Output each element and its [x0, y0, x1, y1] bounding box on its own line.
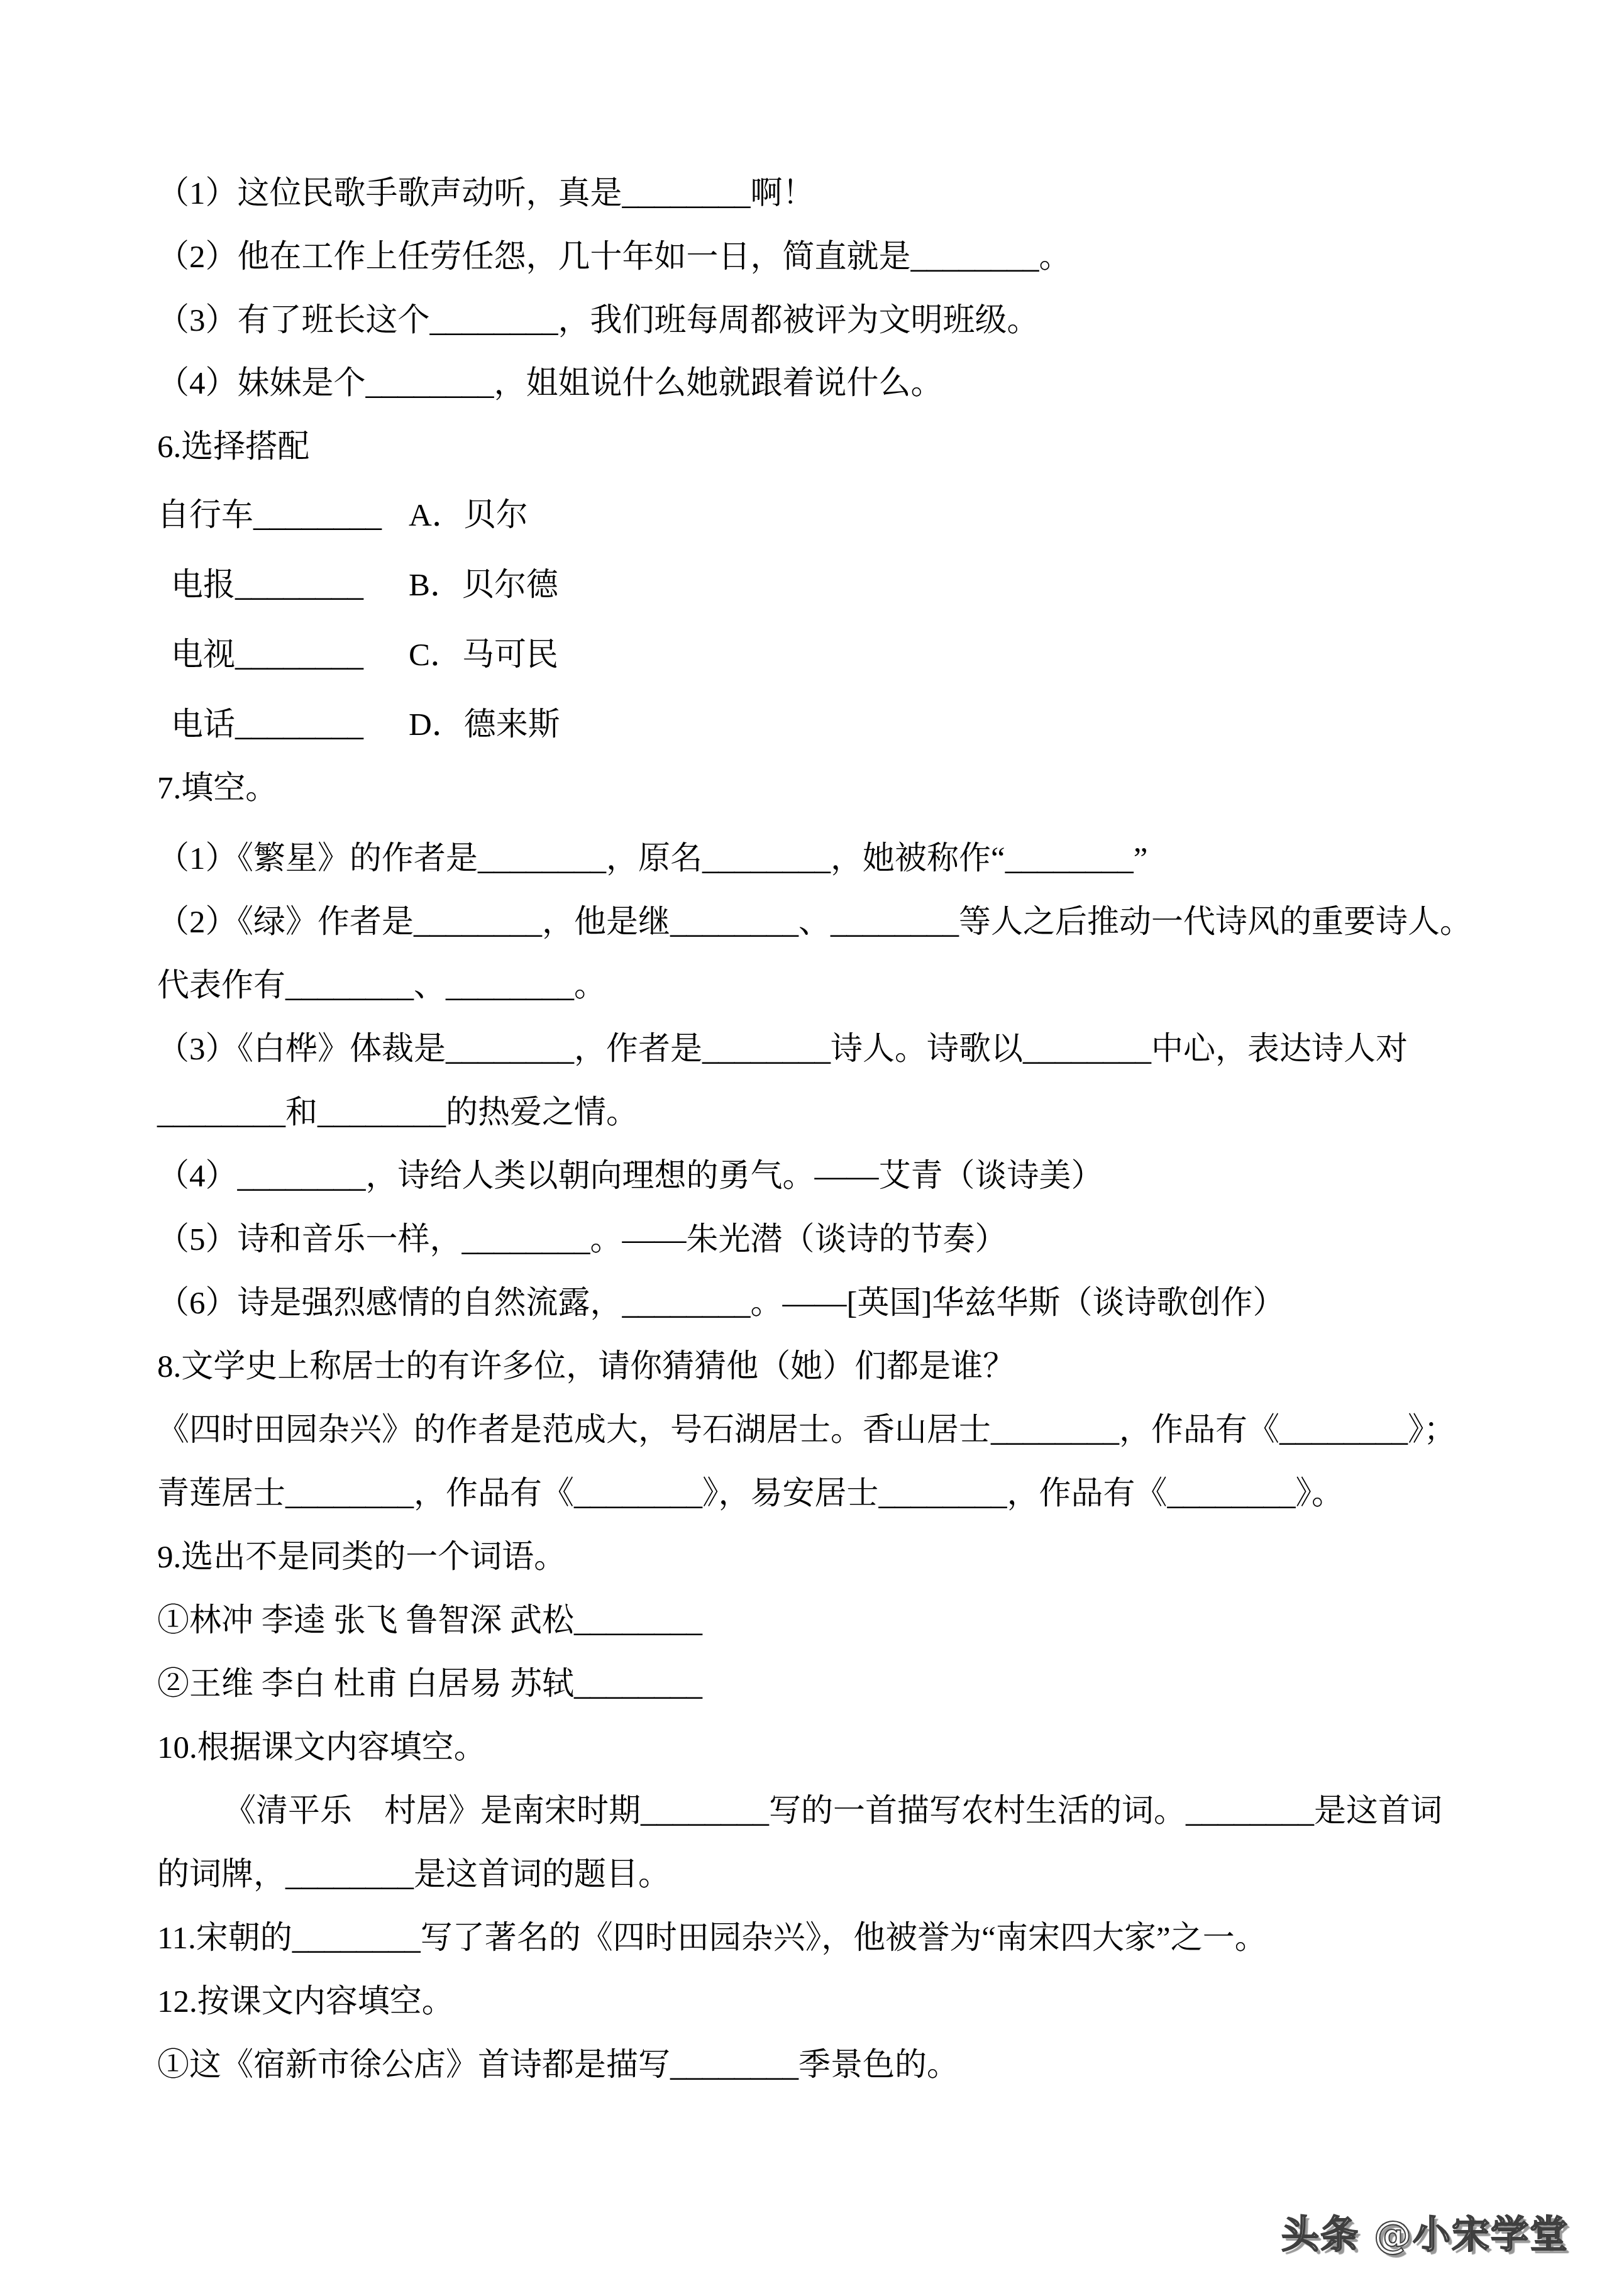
q9-header: 9.选出不是同类的一个词语。: [157, 1526, 1561, 1589]
q7-line-8: （6）诗是强烈感情的自然流露，________。——[英国]华兹华斯（谈诗歌创作…: [157, 1272, 1561, 1335]
q6-pair-2-right: B．贝尔德: [409, 568, 558, 603]
q12-item-1: ①这《宿新市徐公店》首诗都是描写________季景色的。: [157, 2034, 1561, 2097]
q11-line: 11.宋朝的________写了著名的《四时田园杂兴》，他被誉为“南宋四大家”之…: [157, 1907, 1561, 1970]
q7-line-5: ________和________的热爱之情。: [157, 1081, 1561, 1144]
q6-pair-2-left: 电报________: [157, 554, 409, 617]
q10-line-1: 《清平乐 村居》是南宋时期________写的一首描写农村生活的词。______…: [157, 1780, 1561, 1843]
q8-header: 8.文学史上称居士的有许多位，请你猜猜他（她）们都是谁？: [157, 1335, 1561, 1398]
q9-item-2: ②王维 李白 杜甫 白居易 苏轼________: [157, 1653, 1561, 1716]
q5-item-4: （4）妹妹是个________，姐姐说什么她就跟着说什么。: [157, 352, 1561, 415]
q6-pair-1-left: 自行车________: [157, 484, 409, 547]
q8-line-2: 青莲居士________，作品有《________》，易安居士________，…: [157, 1462, 1561, 1525]
q6-pair-1-right: A．贝尔: [409, 498, 528, 533]
q5-item-1: （1）这位民歌手歌声动听，真是________啊！: [157, 162, 1561, 225]
q6-pair-3-left: 电视________: [157, 624, 409, 687]
worksheet-page: （1）这位民歌手歌声动听，真是________啊！ （2）他在工作上任劳任怨，几…: [0, 0, 1624, 2296]
q10-line-2: 的词牌，________是这首词的题目。: [157, 1843, 1561, 1906]
q7-line-2: （2）《绿》作者是________，他是继________、________等人…: [157, 891, 1561, 954]
q6-pair-4-left: 电话________: [157, 693, 409, 756]
q9-item-1: ①林冲 李逵 张飞 鲁智深 武松________: [157, 1589, 1561, 1652]
q5-item-2: （2）他在工作上任劳任怨，几十年如一日，简直就是________。: [157, 226, 1561, 289]
q6-header: 6.选择搭配: [157, 416, 1561, 478]
q5-item-3: （3）有了班长这个________，我们班每周都被评为文明班级。: [157, 289, 1561, 352]
q6-pair-2: 电报________B．贝尔德: [157, 554, 1561, 617]
q6-pair-1: 自行车________A．贝尔: [157, 484, 1561, 547]
q7-line-6: （4）________，诗给人类以朝向理想的勇气。——艾青（谈诗美）: [157, 1145, 1561, 1208]
q6-pair-3-right: C．马可民: [409, 637, 558, 673]
q6-pair-4-right: D．德来斯: [409, 707, 560, 742]
q7-line-4: （3）《白桦》体裁是________，作者是________诗人。诗歌以____…: [157, 1018, 1561, 1081]
q6-pair-4: 电话________D．德来斯: [157, 693, 1561, 756]
q8-line-1: 《四时田园杂兴》的作者是范成大，号石湖居士。香山居士________，作品有《_…: [157, 1399, 1561, 1462]
watermark: 头条 @小宋学堂: [1281, 2204, 1569, 2266]
q7-line-3: 代表作有________、________。: [157, 954, 1561, 1017]
q7-line-7: （5）诗和音乐一样，________。——朱光潜（谈诗的节奏）: [157, 1208, 1561, 1271]
q7-header: 7.填空。: [157, 757, 1561, 820]
q6-pair-3: 电视________C．马可民: [157, 624, 1561, 687]
q12-header: 12.按课文内容填空。: [157, 1970, 1561, 2033]
q7-line-1: （1）《繁星》的作者是________，原名________，她被称作“____…: [157, 827, 1561, 890]
q10-header: 10.根据课文内容填空。: [157, 1716, 1561, 1779]
